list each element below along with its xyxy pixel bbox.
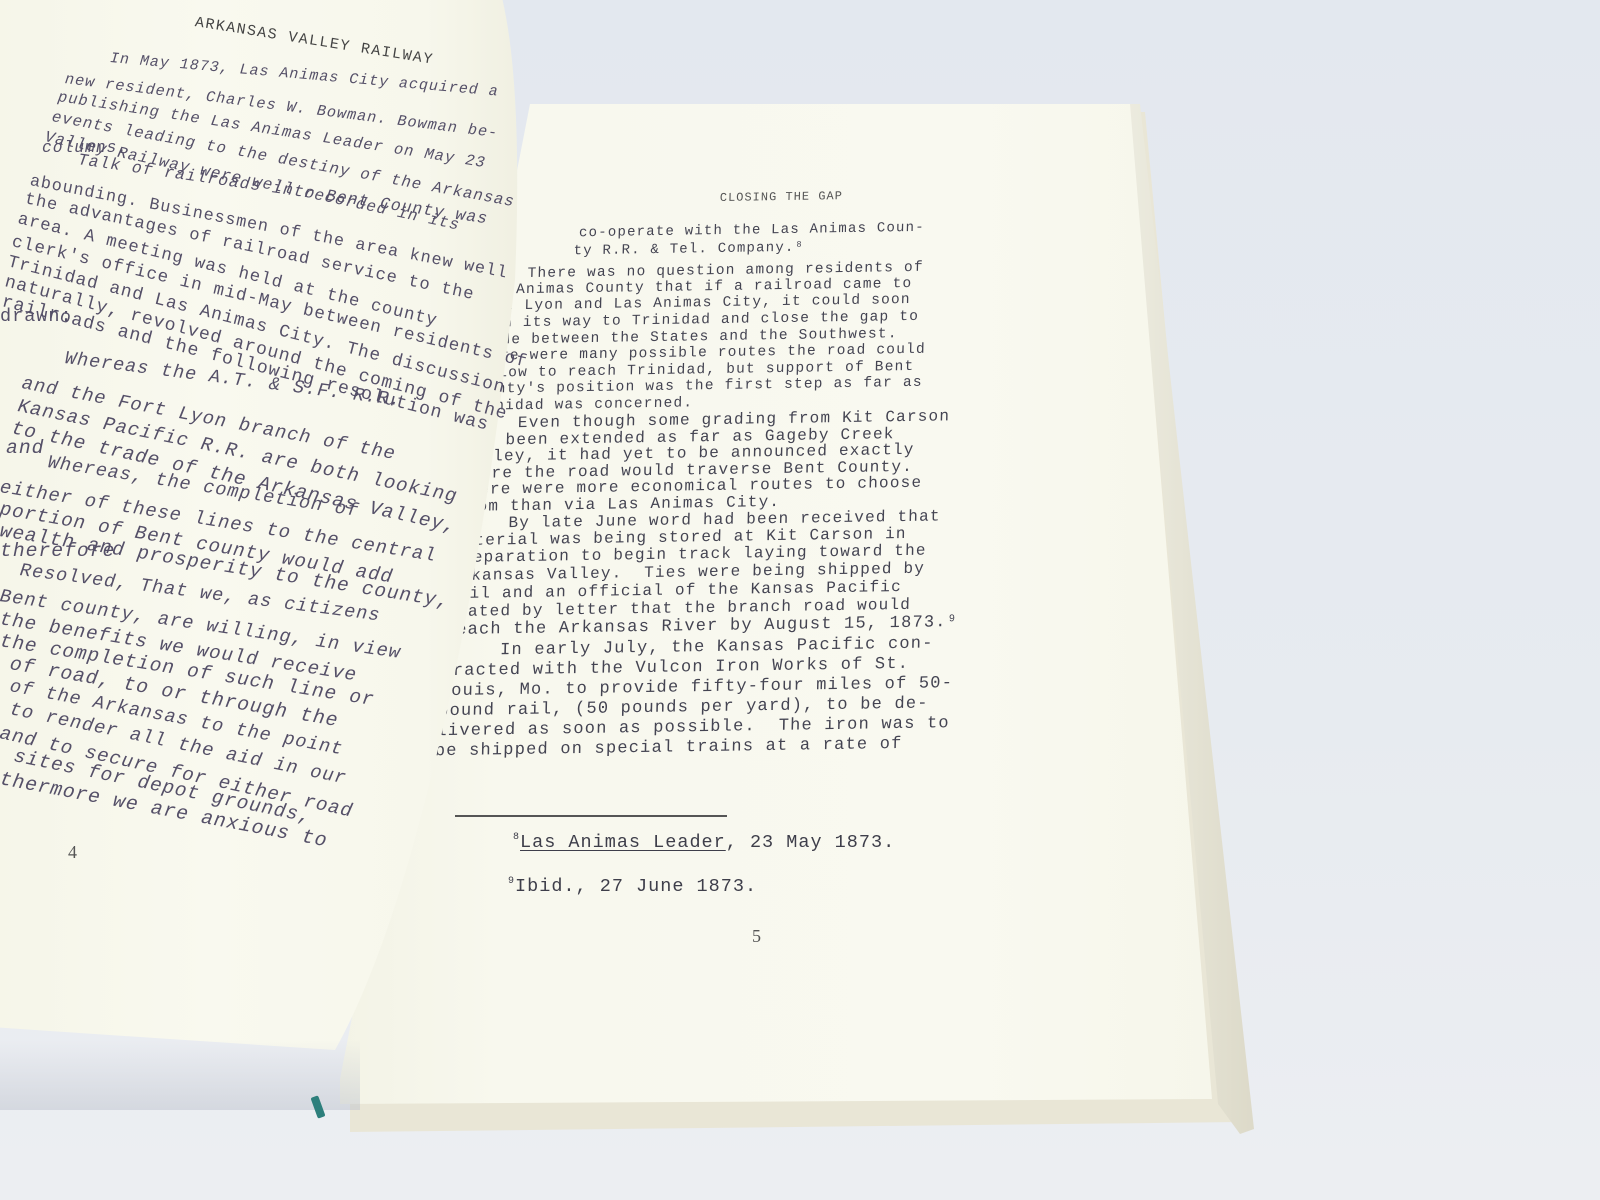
left-page-number: 4 [68, 842, 77, 863]
page-shadow [0, 1040, 360, 1110]
body-line: ty R.R. & Tel. Company.⁸ [573, 240, 804, 260]
resolution-line: therefore [0, 540, 115, 562]
chapter-title: CLOSING THE GAP [720, 189, 843, 205]
resolution-line: and [6, 437, 44, 459]
photo-scene: CLOSING THE GAP co-operate with the Las … [0, 0, 1600, 1200]
right-page-number: 5 [752, 926, 761, 947]
body-line: drawn: [0, 306, 73, 327]
body-line: co-operate with the Las Animas Coun- [579, 220, 925, 241]
footnote-8: 8Las Animas Leader, 23 May 1873. [513, 832, 895, 853]
left-page-content: ARKANSAS VALLEY RAILWAY In May 1873, Las… [0, 0, 560, 900]
